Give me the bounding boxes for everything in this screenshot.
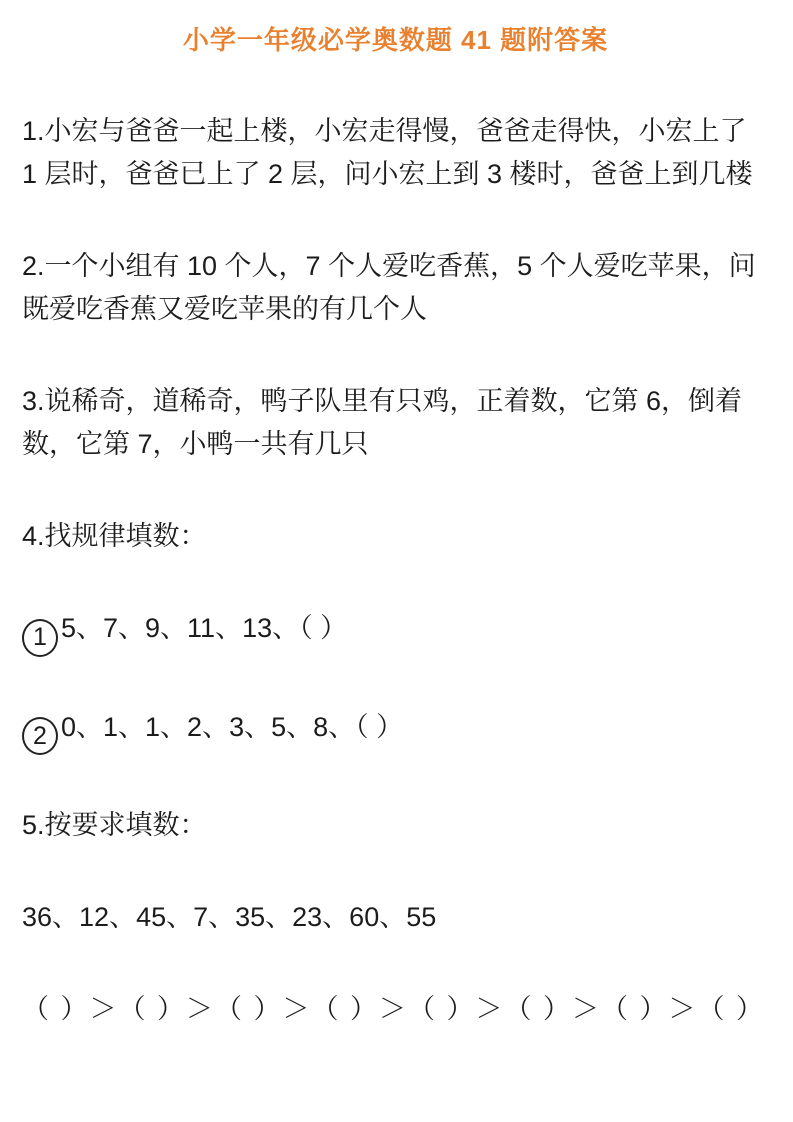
circled-number-1: 1 <box>22 619 58 657</box>
circled-number-2: 2 <box>22 717 58 755</box>
page-title: 小学一年级必学奥数题 41 题附答案 <box>22 22 769 58</box>
sequence-1-text: 5、7、9、11、13、（ ） <box>61 613 347 643</box>
problem-5-numbers: 36、12、45、7、35、23、60、55 <box>22 896 769 939</box>
sequence-2-text: 0、1、1、2、3、5、8、（ ） <box>61 712 403 742</box>
problem-2-text: 2.一个小组有 10 个人，7 个人爱吃香蕉，5 个人爱吃苹果，问既爱吃香蕉又爱… <box>22 245 769 331</box>
problem-3-text: 3.说稀奇，道稀奇，鸭子队里有只鸡，正着数，它第 6，倒着数，它第 7，小鸭一共… <box>22 380 769 466</box>
sequence-2-row: 20、1、1、2、3、5、8、（ ） <box>22 706 769 756</box>
problem-4-heading: 4.找规律填数： <box>22 515 769 558</box>
problem-5-answer-blanks: （ ）＞（ ）＞（ ）＞（ ）＞（ ）＞（ ）＞（ ）＞（ ） <box>22 988 769 1031</box>
problem-5-heading: 5.按要求填数： <box>22 804 769 847</box>
problem-1-text: 1.小宏与爸爸一起上楼，小宏走得慢，爸爸走得快，小宏上了 1 层时，爸爸已上了 … <box>22 110 769 196</box>
sequence-1-row: 15、7、9、11、13、（ ） <box>22 607 769 657</box>
worksheet-page: 小学一年级必学奥数题 41 题附答案 1.小宏与爸爸一起上楼，小宏走得慢，爸爸走… <box>0 0 793 1122</box>
